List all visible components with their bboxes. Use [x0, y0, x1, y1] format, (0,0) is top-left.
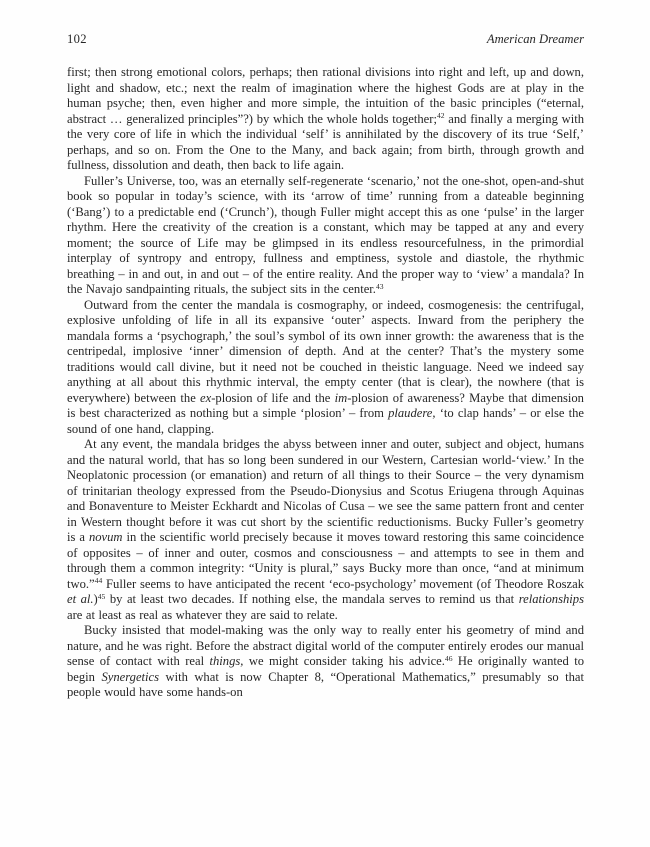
paragraph: Fuller’s Universe, too, was an eternally… [67, 174, 584, 298]
text-segment: we might consider taking his advice. [243, 654, 444, 668]
italic-text: relationships [519, 592, 584, 606]
footnote-reference: 45 [98, 592, 106, 601]
italic-text: et al. [67, 592, 94, 606]
italic-text: plaudere, [388, 406, 435, 420]
footnote-reference: 42 [437, 111, 445, 120]
page-body: first; then strong emotional colors, per… [67, 65, 584, 701]
text-segment: Outward from the center the mandala is c… [67, 298, 584, 405]
italic-text: ex [200, 391, 211, 405]
page-header: 102 American Dreamer [67, 33, 584, 46]
footnote-reference: 43 [376, 282, 384, 291]
footnote-reference: 44 [95, 576, 103, 585]
text-segment: Fuller seems to have anticipated the rec… [102, 577, 584, 591]
footnote-reference: 46 [445, 654, 453, 663]
paragraph: Bucky insisted that model-making was the… [67, 623, 584, 701]
paragraph: At any event, the mandala bridges the ab… [67, 437, 584, 623]
text-segment: by at least two decades. If nothing else… [105, 592, 518, 606]
text-segment: are at least as real as whatever they ar… [67, 608, 338, 622]
italic-text: im [335, 391, 348, 405]
paragraph: first; then strong emotional colors, per… [67, 65, 584, 174]
book-page: 102 American Dreamer first; then strong … [0, 0, 650, 847]
text-segment: At any event, the mandala bridges the ab… [67, 437, 584, 544]
page-number: 102 [67, 33, 87, 46]
italic-text: Synergetics [101, 670, 159, 684]
running-title: American Dreamer [487, 33, 584, 46]
text-segment: -plosion of life and the [211, 391, 334, 405]
italic-text: novum [89, 530, 123, 544]
italic-text: things, [210, 654, 244, 668]
paragraph: Outward from the center the mandala is c… [67, 298, 584, 438]
text-segment: Fuller’s Universe, too, was an eternally… [67, 174, 584, 297]
